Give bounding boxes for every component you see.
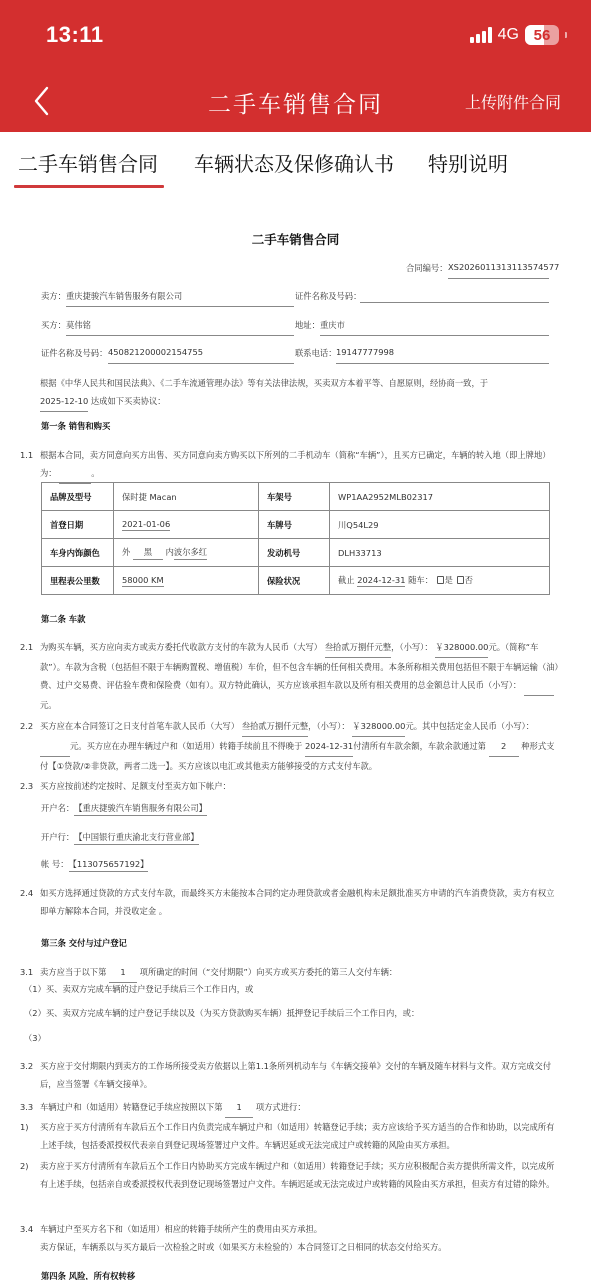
checkbox-no-icon[interactable] — [457, 576, 464, 584]
transfer-item: 1 — [225, 1098, 253, 1118]
battery-level: 56 — [534, 27, 551, 44]
contract-number-row: 合同编号： — [406, 262, 448, 274]
tab-sales-contract[interactable]: 二手车销售合同 — [18, 148, 158, 177]
phone-value: 19147777998 — [336, 347, 394, 357]
tab-special-notes[interactable]: 特别说明 — [428, 148, 508, 177]
deposit-field — [40, 737, 70, 757]
seller-id-field — [360, 302, 549, 303]
clause-2-3: 2.3 买方应按前述约定按时、足额支付至卖方如下帐户： — [40, 777, 560, 795]
price-upper: 叁拾贰万捌仟元整 — [325, 638, 391, 658]
table-row: 品牌及型号 保时捷 Macan 车架号 WP1AA2952MLB02317 — [42, 483, 550, 511]
article-4-title: 第四条 风险，所有权转移 — [41, 1270, 135, 1280]
status-indicators: 4G 56 — [470, 22, 567, 48]
upload-attachment-button[interactable]: 上传附件合同 — [465, 90, 561, 113]
account-name-row: 开户名：【重庆捷骏汽车销售服务有限公司】 — [41, 802, 207, 816]
clause-3-4: 3.4 车辆过户至买方名下和（如适用）相应的转籍手续所产生的费用由买方承担。 卖… — [40, 1220, 560, 1256]
article-2-title: 第二条 车款 — [41, 613, 85, 625]
table-row: 车身内饰颜色 外 黑 内波尔多红 发动机号 DLH33713 — [42, 539, 550, 567]
exterior-color: 黑 — [133, 546, 163, 560]
battery-tip — [565, 32, 567, 38]
status-time: 13:11 — [46, 22, 104, 48]
delivery-option-2: （2）买、卖双方完成车辆的过户登记手续以及（为买方贷款购买车辆）抵押登记手续后三… — [24, 1007, 419, 1019]
vin-value: WP1AA2952MLB02317 — [330, 483, 550, 511]
pay-method: 2 — [489, 737, 519, 757]
contract-number: XS2026011313113574577 — [448, 262, 559, 272]
clause-3-3: 3.3 车辆过户和（如适用）转籍登记手续应按照以下第 1 项方式进行： — [40, 1098, 560, 1118]
seller-id-label: 证件名称及号码： — [295, 290, 361, 302]
buyer-value: 莫伟铭 — [66, 319, 91, 331]
buyer-id-label: 证件名称及号码： — [41, 347, 107, 359]
clause-1-1: 1.1 根据本合同，卖方同意向买方出售、买方同意向卖方购买以下所列的二手机动车（… — [40, 446, 560, 484]
address-value: 重庆市 — [320, 319, 345, 331]
contract-title: 二手车销售合同 — [0, 230, 591, 248]
buyer-label: 买方： — [41, 319, 66, 331]
seller-value: 重庆捷骏汽车销售服务有限公司 — [66, 290, 182, 302]
brand-value: 保时捷 Macan — [114, 483, 259, 511]
bank-row: 开户行：【中国银行重庆渝北支行营业部】 — [41, 831, 199, 845]
clause-2-4: 2.4 如买方选择通过贷款的方式支付车款，而最终买方未能按本合同约定办理贷款或者… — [40, 884, 560, 920]
account-number: 【113075657192】 — [69, 858, 149, 872]
clause-2-1: 2.1 为购买车辆，买方应向卖方或卖方委托代收款方支付的车款为人民币（大写） 叁… — [40, 638, 560, 714]
delivery-option-3: （3） — [24, 1032, 46, 1044]
phone-label: 联系电话： — [295, 347, 337, 359]
clause-3-3-1: 1) 买方应于买方付清所有车款后五个工作日内负责完成车辆过户和（如适用）转籍登记… — [40, 1118, 560, 1154]
battery-icon: 56 — [525, 25, 559, 45]
account-no-row: 帐 号：【113075657192】 — [41, 858, 148, 872]
insurance-date: 2024-12-31 — [357, 575, 405, 587]
article-3-title: 第三条 交付与过户登记 — [41, 937, 127, 949]
article-1-title: 第一条 销售和购买 — [41, 420, 110, 432]
seller-label: 卖方： — [41, 290, 66, 302]
checkbox-yes-checked-icon[interactable] — [437, 576, 444, 584]
clause-3-2: 3.2 买方应于交付期限内到卖方的工作场所接受卖方依据以上第1.1条所列机动车与… — [40, 1057, 560, 1093]
price-lower: ￥328000.00 — [435, 638, 488, 658]
delivery-option-1: （1）买、卖双方完成车辆的过户登记手续后三个工作日内，或 — [24, 983, 253, 995]
contract-number-label: 合同编号： — [406, 263, 448, 273]
engine-value: DLH33713 — [330, 539, 550, 567]
app-header: 13:11 4G 56 二手车销售合同 上传附件合同 — [0, 0, 591, 132]
tab-vehicle-status[interactable]: 车辆状态及保修确认书 — [194, 148, 394, 177]
total-fee-field — [524, 676, 554, 696]
interior-color: 波尔多红 — [174, 546, 207, 560]
registration-place-field — [59, 464, 91, 484]
pay-deadline: 2024-12-31 — [305, 737, 353, 757]
address-label: 地址： — [295, 319, 320, 331]
buyer-id-value: 450821200002154755 — [108, 347, 203, 357]
table-row: 首登日期 2021-01-06 车牌号 川Q54L29 — [42, 511, 550, 539]
agreement-date: 2025-12-10 — [40, 392, 88, 412]
clause-3-3-2: 2) 卖方应于买方付清所有车款后五个工作日内协助买方完成车辆过户和（如适用）转籍… — [40, 1157, 560, 1193]
preamble: 根据《中华人民共和国民法典》、《二手车流通管理办法》等有关法律法规，买卖双方本着… — [40, 374, 530, 412]
vehicle-info-table: 品牌及型号 保时捷 Macan 车架号 WP1AA2952MLB02317 首登… — [41, 482, 550, 595]
bank-name: 【中国银行重庆渝北支行营业部】 — [74, 831, 198, 845]
clause-3-1: 3.1 卖方应当于以下第 1 项所确定的时间（“交付期限”）向买方或买方委托的第… — [40, 963, 560, 983]
signal-icon — [470, 27, 492, 43]
network-type: 4G — [498, 26, 519, 44]
clause-2-2: 2.2 买方应在本合同签订之日支付首笔车款人民币（大写） 叁拾贰万捌仟元整，（小… — [40, 717, 560, 775]
mileage-value: 58000 KM — [122, 575, 164, 587]
tab-bar: 二手车销售合同 车辆状态及保修确认书 特别说明 — [0, 132, 591, 194]
table-row: 里程表公里数 58000 KM 保险状况 截止 2024-12-31 随车： 是… — [42, 567, 550, 595]
account-name: 【重庆捷骏汽车销售服务有限公司】 — [74, 802, 207, 816]
reg-date-value: 2021-01-06 — [122, 519, 170, 531]
delivery-item: 1 — [109, 963, 137, 983]
plate-value: 川Q54L29 — [330, 511, 550, 539]
